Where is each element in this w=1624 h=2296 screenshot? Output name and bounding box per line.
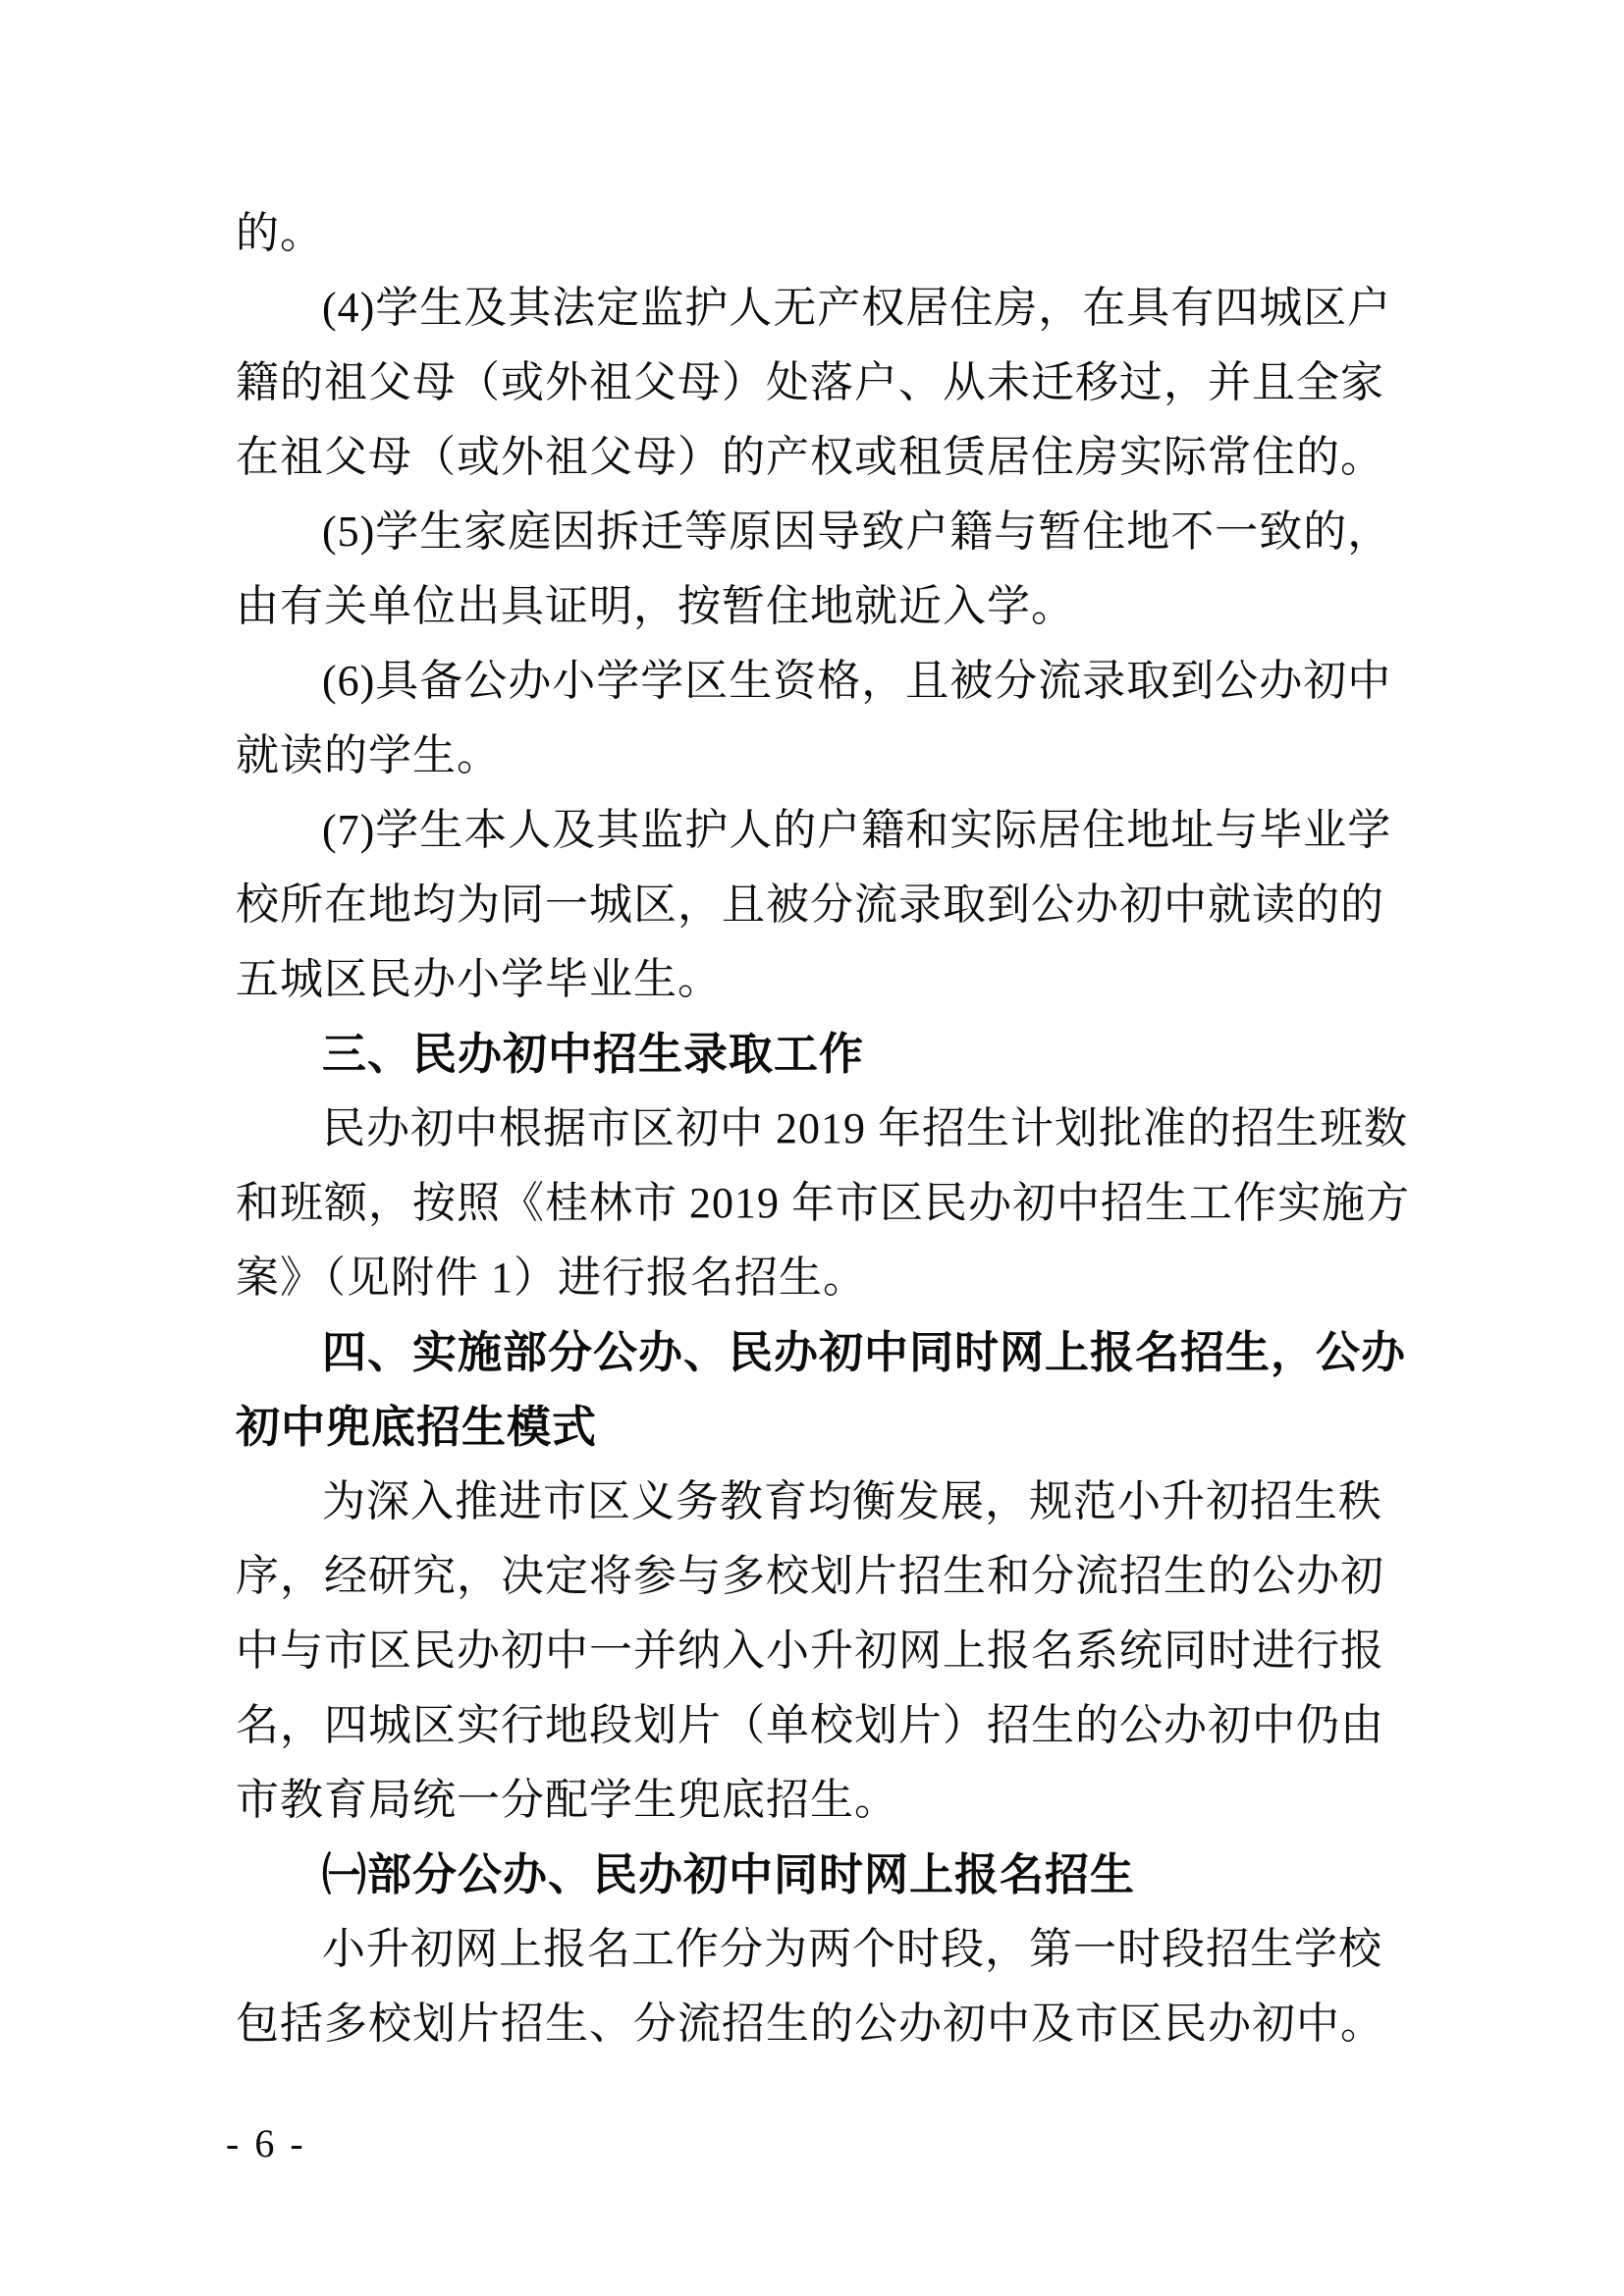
- text-line: (6)具备公办小学学区生资格，且被分流录取到公办初中: [236, 644, 1389, 719]
- section-heading: ㈠部分公办、民办初中同时网上报名招生: [236, 1838, 1389, 1912]
- document-body: 的。(4)学生及其法定监护人无产权居住房，在具有四城区户籍的祖父母（或外祖父母）…: [236, 196, 1389, 2061]
- text-line: 名，四城区实行地段划片（单校划片）招生的公办初中仍由: [236, 1688, 1389, 1763]
- body-paragraph: 为深入推进市区义务教育均衡发展，规范小升初招生秩序，经研究，决定将参与多校划片招…: [236, 1465, 1389, 1838]
- page-number: - 6 -: [226, 2107, 306, 2181]
- text-line: 五城区民办小学毕业生。: [236, 942, 1389, 1017]
- body-paragraph: (6)具备公办小学学区生资格，且被分流录取到公办初中就读的学生。: [236, 644, 1389, 793]
- text-line: (5)学生家庭因拆迁等原因导致户籍与暂住地不一致的，: [236, 495, 1389, 569]
- text-line: 为深入推进市区义务教育均衡发展，规范小升初招生秩: [236, 1465, 1389, 1539]
- text-line: 四、实施部分公办、民办初中同时网上报名招生，公办: [236, 1315, 1389, 1390]
- body-paragraph: 民办初中根据市区初中 2019 年招生计划批准的招生班数和班额，按照《桂林市 2…: [236, 1092, 1389, 1315]
- document-page: 的。(4)学生及其法定监护人无产权居住房，在具有四城区户籍的祖父母（或外祖父母）…: [0, 0, 1624, 2296]
- text-line: 小升初网上报名工作分为两个时段，第一时段招生学校: [236, 1912, 1389, 1987]
- body-paragraph: 的。: [236, 196, 1389, 271]
- text-line: ㈠部分公办、民办初中同时网上报名招生: [236, 1838, 1389, 1912]
- body-paragraph: (5)学生家庭因拆迁等原因导致户籍与暂住地不一致的，由有关单位出具证明，按暂住地…: [236, 495, 1389, 644]
- text-line: 的。: [236, 196, 1389, 271]
- body-paragraph: (7)学生本人及其监护人的户籍和实际居住地址与毕业学校所在地均为同一城区，且被分…: [236, 793, 1389, 1017]
- text-line: 市教育局统一分配学生兜底招生。: [236, 1763, 1389, 1838]
- text-line: 由有关单位出具证明，按暂住地就近入学。: [236, 569, 1389, 644]
- text-line: 三、民办初中招生录取工作: [236, 1017, 1389, 1092]
- body-paragraph: 小升初网上报名工作分为两个时段，第一时段招生学校包括多校划片招生、分流招生的公办…: [236, 1912, 1389, 2061]
- text-line: 中与市区民办初中一并纳入小升初网上报名系统同时进行报: [236, 1614, 1389, 1688]
- section-heading: 三、民办初中招生录取工作: [236, 1017, 1389, 1092]
- text-line: 案》（见附件 1）进行报名招生。: [236, 1241, 1389, 1315]
- text-line: 民办初中根据市区初中 2019 年招生计划批准的招生班数: [236, 1092, 1389, 1166]
- text-line: 就读的学生。: [236, 719, 1389, 793]
- text-line: 包括多校划片招生、分流招生的公办初中及市区民办初中。: [236, 1987, 1389, 2061]
- text-line: 序，经研究，决定将参与多校划片招生和分流招生的公办初: [236, 1539, 1389, 1614]
- section-heading: 四、实施部分公办、民办初中同时网上报名招生，公办初中兜底招生模式: [236, 1315, 1389, 1465]
- text-line: 和班额，按照《桂林市 2019 年市区民办初中招生工作实施方: [236, 1166, 1389, 1241]
- text-line: 校所在地均为同一城区，且被分流录取到公办初中就读的的: [236, 868, 1389, 942]
- text-line: 初中兜底招生模式: [236, 1390, 1389, 1465]
- text-line: (7)学生本人及其监护人的户籍和实际居住地址与毕业学: [236, 793, 1389, 868]
- text-line: (4)学生及其法定监护人无产权居住房，在具有四城区户: [236, 271, 1389, 346]
- text-line: 籍的祖父母（或外祖父母）处落户、从未迁移过，并且全家: [236, 346, 1389, 420]
- text-line: 在祖父母（或外祖父母）的产权或租赁居住房实际常住的。: [236, 420, 1389, 495]
- body-paragraph: (4)学生及其法定监护人无产权居住房，在具有四城区户籍的祖父母（或外祖父母）处落…: [236, 271, 1389, 495]
